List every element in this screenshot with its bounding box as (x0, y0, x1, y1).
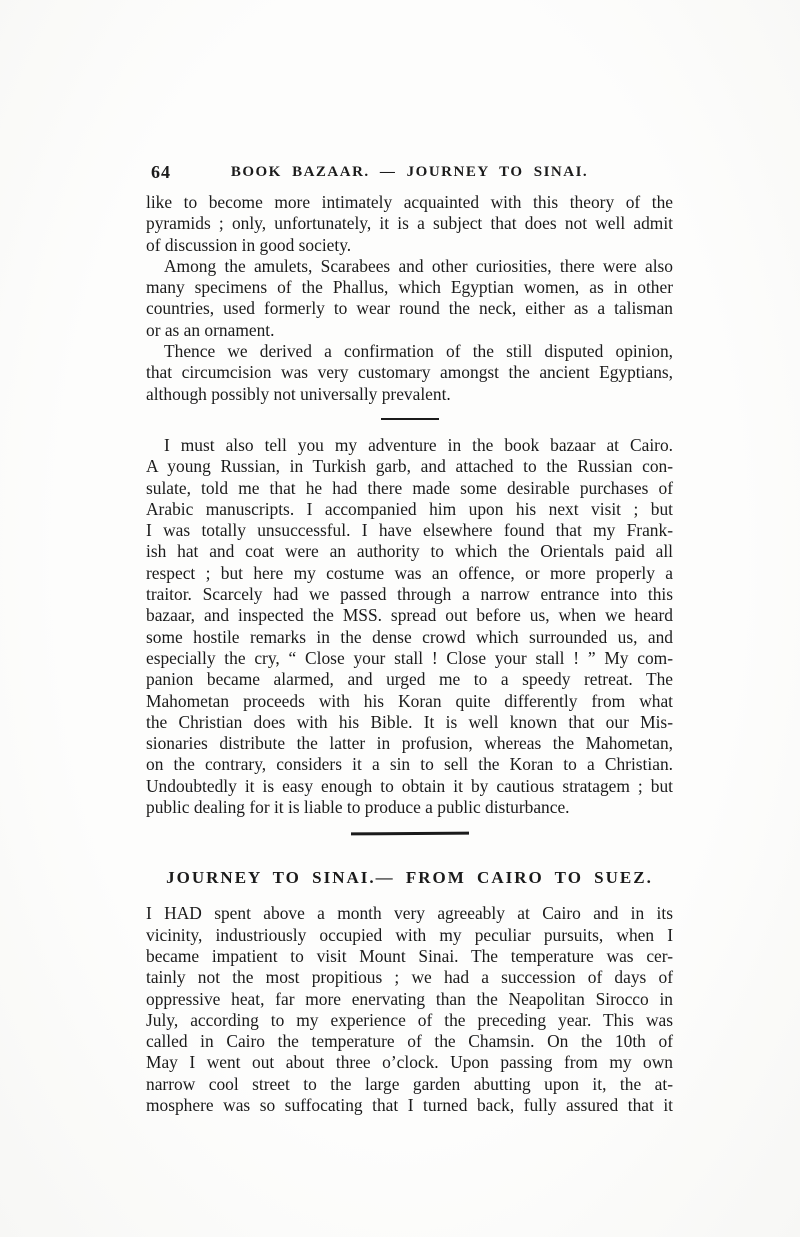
text-line: oppressive heat, far more enervating tha… (146, 989, 673, 1010)
section-divider-row (146, 824, 673, 842)
text-line: called in Cairo the temperature of the C… (146, 1031, 673, 1052)
text-line: bazaar, and inspected the MSS. spread ou… (146, 605, 673, 626)
text-line: I HAD spent above a month very agreeably… (146, 903, 673, 924)
text-column: like to become more intimately acquainte… (146, 192, 673, 1116)
text-line: panion became alarmed, and urged me to a… (146, 669, 673, 690)
text-line: mosphere was so suffocating that I turne… (146, 1095, 673, 1116)
text-line: sionaries distribute the latter in profu… (146, 733, 673, 754)
page-header: 64 BOOK BAZAAR. — JOURNEY TO SINAI. (146, 162, 673, 186)
text-line: pyramids ; only, unfortunately, it is a … (146, 213, 673, 234)
chapter-heading: JOURNEY TO SINAI.— FROM CAIRO TO SUEZ. (146, 868, 673, 888)
section-divider-row (146, 410, 673, 428)
text-line: narrow cool street to the large garden a… (146, 1074, 673, 1095)
section-divider (381, 418, 439, 420)
paragraph: like to become more intimately acquainte… (146, 192, 673, 256)
text-line: that circumcision was very customary amo… (146, 362, 673, 383)
text-line: vicinity, industriously occupied with my… (146, 925, 673, 946)
text-line: Among the amulets, Scarabees and other c… (146, 256, 673, 277)
text-line: traitor. Scarcely had we passed through … (146, 584, 673, 605)
text-line: the Christian does with his Bible. It is… (146, 712, 673, 733)
book-page-scan: 64 BOOK BAZAAR. — JOURNEY TO SINAI. like… (0, 0, 800, 1237)
text-line: of discussion in good society. (146, 235, 673, 256)
text-line: A young Russian, in Turkish garb, and at… (146, 456, 673, 477)
text-line: countries, used formerly to wear round t… (146, 298, 673, 319)
text-line: Thence we derived a confirmation of the … (146, 341, 673, 362)
text-line: became impatient to visit Mount Sinai. T… (146, 946, 673, 967)
text-line: public dealing for it is liable to produ… (146, 797, 673, 818)
text-line: although possibly not universally preval… (146, 384, 673, 405)
text-line: many specimens of the Phallus, which Egy… (146, 277, 673, 298)
paragraph: I must also tell you my adventure in the… (146, 435, 673, 818)
text-line: like to become more intimately acquainte… (146, 192, 673, 213)
text-line: I must also tell you my adventure in the… (146, 435, 673, 456)
text-line: I was totally unsuccessful. I have elsew… (146, 520, 673, 541)
paragraph: Thence we derived a confirmation of the … (146, 341, 673, 405)
text-line: Mahometan proceeds with his Koran quite … (146, 691, 673, 712)
section-divider (350, 832, 468, 836)
text-line: or as an ornament. (146, 320, 673, 341)
text-line: May I went out about three o’clock. Upon… (146, 1052, 673, 1073)
text-line: Arabic manuscripts. I accompanied him up… (146, 499, 673, 520)
text-line: respect ; but here my costume was an off… (146, 563, 673, 584)
paragraph: Among the amulets, Scarabees and other c… (146, 256, 673, 341)
paragraph: I HAD spent above a month very agreeably… (146, 903, 673, 1116)
text-line: Undoubtedly it is easy enough to obtain … (146, 776, 673, 797)
text-line: on the contrary, considers it a sin to s… (146, 754, 673, 775)
text-line: July, according to my experience of the … (146, 1010, 673, 1031)
text-line: sulate, told me that he had there made s… (146, 478, 673, 499)
text-line: tainly not the most propitious ; we had … (146, 967, 673, 988)
text-line: some hostile remarks in the dense crowd … (146, 627, 673, 648)
text-line: especially the cry, “ Close your stall !… (146, 648, 673, 669)
running-title: BOOK BAZAAR. — JOURNEY TO SINAI. (146, 164, 673, 181)
text-line: ish hat and coat were an authority to wh… (146, 541, 673, 562)
